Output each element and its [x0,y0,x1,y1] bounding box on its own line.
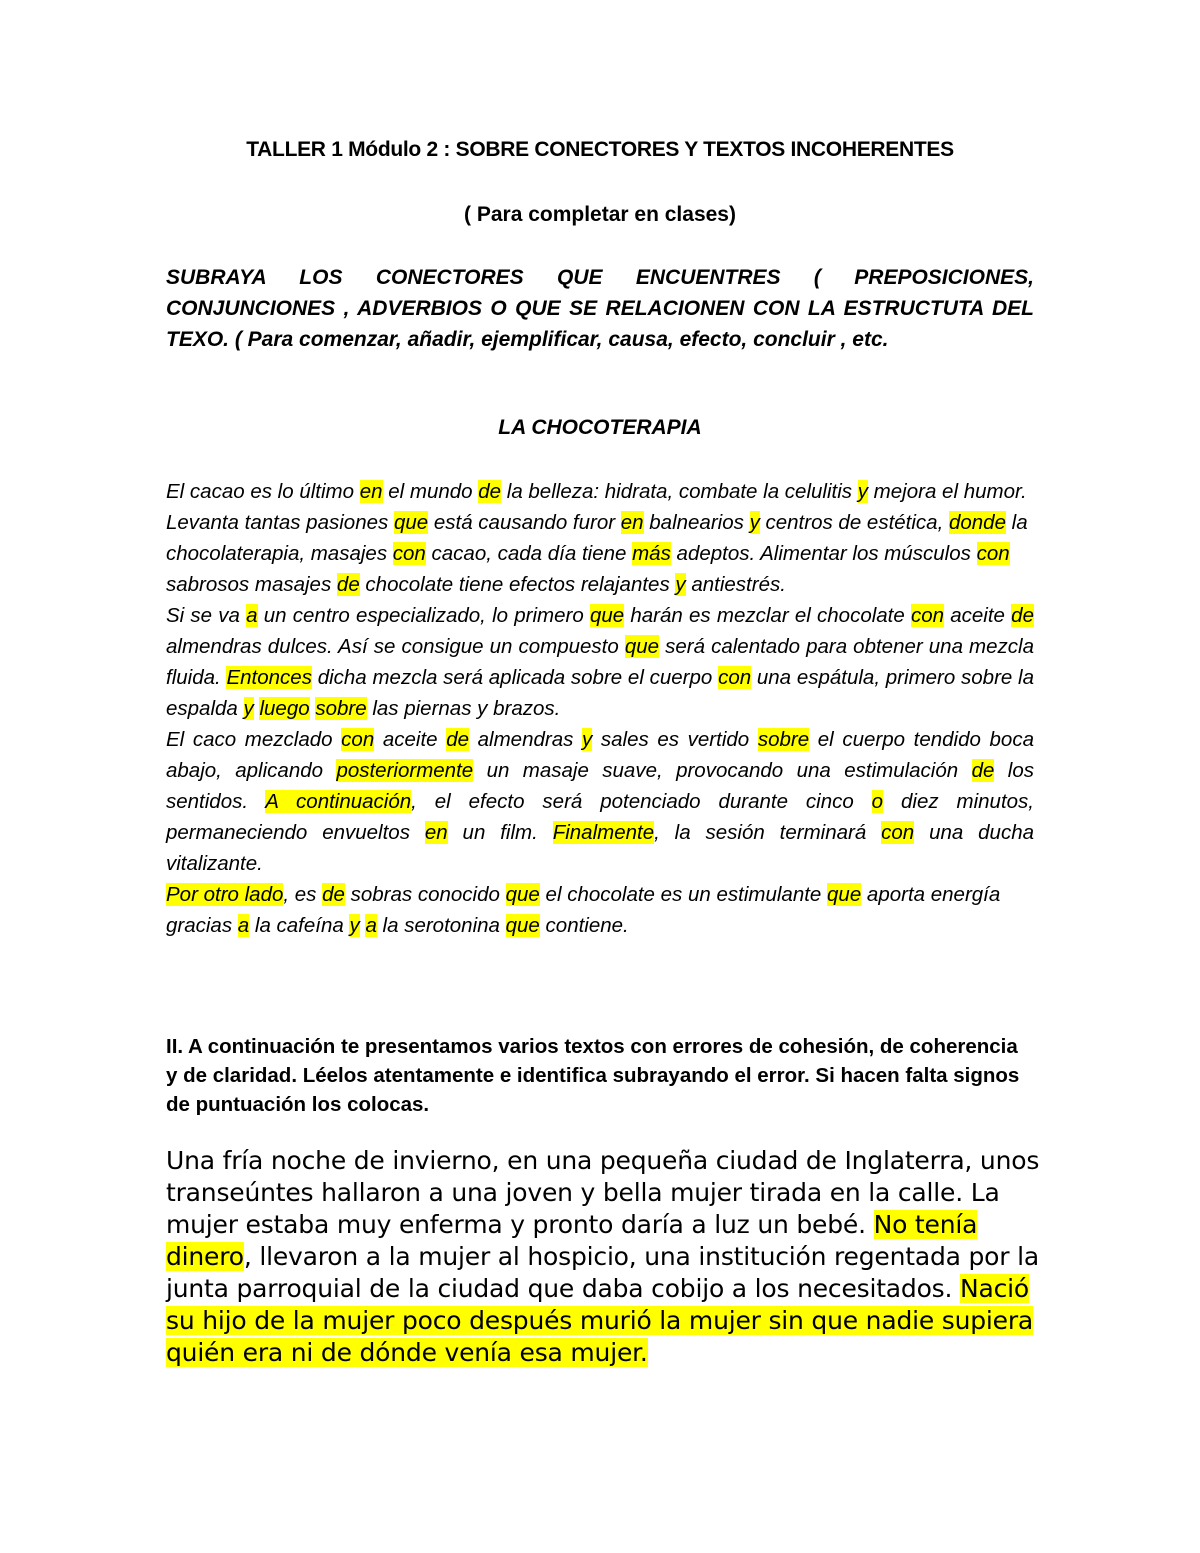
highlighted-connector: sobre [758,728,809,751]
highlighted-connector: de [972,759,995,782]
highlighted-connector: con [718,666,751,689]
incoherent-story-text: Una fría noche de invierno, en una peque… [166,1145,1046,1369]
article-paragraph: El cacao es lo último en el mundo de la … [166,476,1034,600]
document-title: TALLER 1 Módulo 2 : SOBRE CONECTORES Y T… [0,138,1200,162]
highlighted-connector: Entonces [226,666,311,689]
highlighted-connector: y [582,728,592,751]
highlighted-connector: Nació su hijo de la mujer poco después m… [166,1274,1033,1367]
instructions-text: SUBRAYA LOS CONECTORES QUE ENCUENTRES ( … [166,262,1034,355]
article-paragraph: Si se va a un centro especializado, lo p… [166,600,1034,724]
highlighted-connector: y [349,914,359,937]
highlighted-connector: que [506,914,540,937]
article-title: LA CHOCOTERAPIA [0,416,1200,440]
highlighted-connector: en [425,821,448,844]
highlighted-connector: A continuación [265,790,411,813]
highlighted-connector: y [858,480,868,503]
document-page: TALLER 1 Módulo 2 : SOBRE CONECTORES Y T… [0,0,1200,1553]
highlighted-connector: que [590,604,624,627]
highlighted-connector: Finalmente [553,821,654,844]
article-paragraph: El caco mezclado con aceite de almendras… [166,724,1034,879]
highlighted-connector: donde [949,511,1006,534]
highlighted-connector: de [1011,604,1034,627]
section-two-instructions: II. A continuación te presentamos varios… [166,1032,1034,1119]
highlighted-connector: posteriormente [336,759,473,782]
highlighted-connector: de [322,883,345,906]
document-subtitle: ( Para completar en clases) [0,203,1200,227]
highlighted-connector: con [911,604,944,627]
highlighted-connector: No tenía dinero [166,1210,977,1271]
highlighted-connector: luego [259,697,309,720]
highlighted-connector: a [365,914,376,937]
highlighted-connector: con [977,542,1010,565]
highlighted-connector: con [881,821,914,844]
highlighted-connector: en [360,480,383,503]
highlighted-connector: que [827,883,861,906]
highlighted-connector: que [625,635,659,658]
highlighted-connector: o [872,790,883,813]
article-paragraph: Por otro lado, es de sobras conocido que… [166,879,1034,941]
highlighted-connector: a [246,604,257,627]
highlighted-connector: de [446,728,469,751]
highlighted-connector: sobre [315,697,366,720]
highlighted-connector: en [621,511,644,534]
highlighted-connector: que [394,511,428,534]
highlighted-connector: y [750,511,760,534]
highlighted-connector: de [337,573,360,596]
article-body: El cacao es lo último en el mundo de la … [166,476,1034,941]
highlighted-connector: Por otro lado [166,883,283,906]
highlighted-connector: con [341,728,374,751]
highlighted-connector: más [632,542,671,565]
highlighted-connector: que [506,883,540,906]
highlighted-connector: a [238,914,249,937]
highlighted-connector: de [478,480,501,503]
highlighted-connector: con [393,542,426,565]
highlighted-connector: y [675,573,685,596]
highlighted-connector: y [244,697,254,720]
